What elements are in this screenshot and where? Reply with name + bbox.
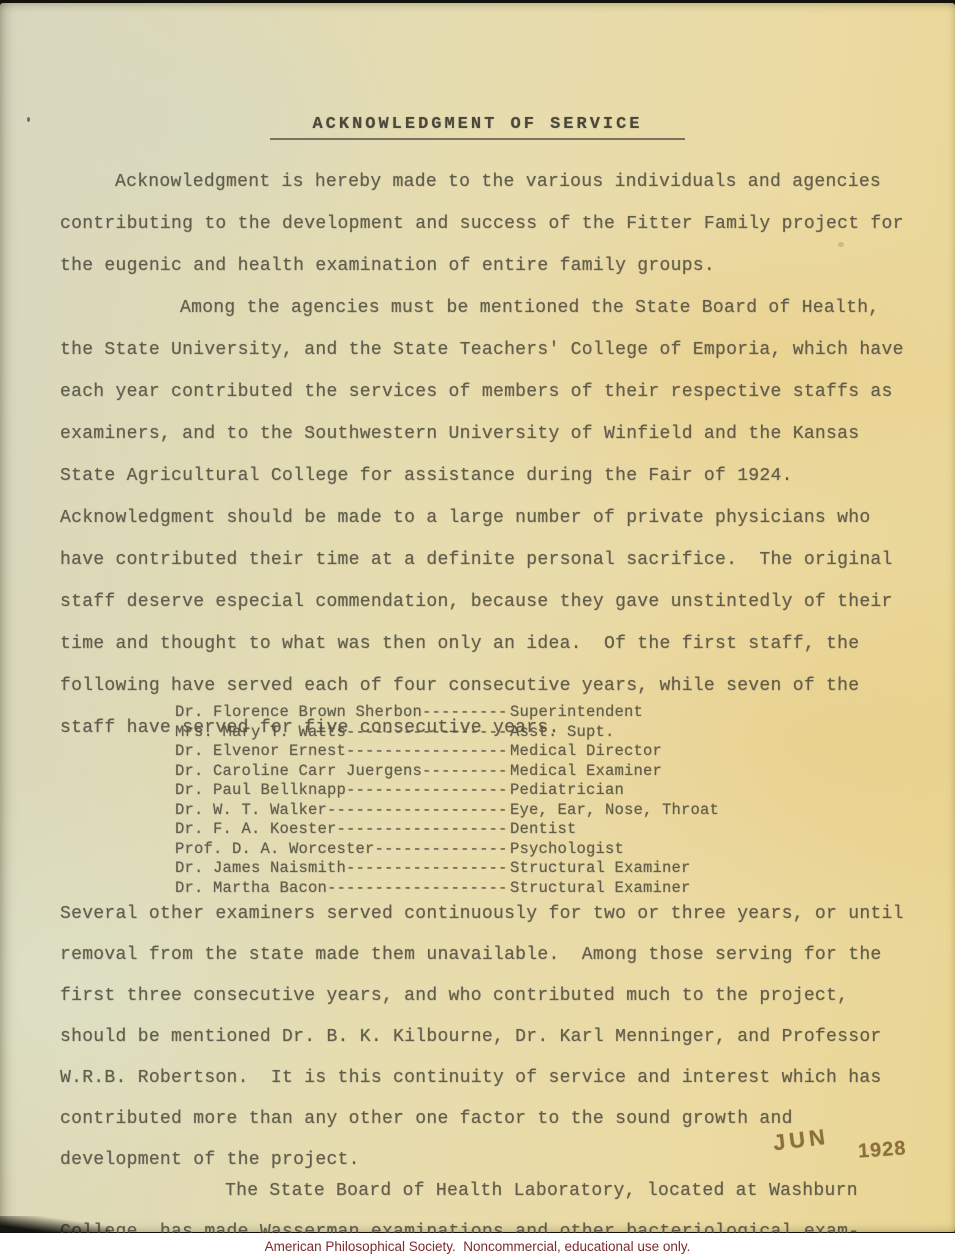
staff-name-leader: Dr. F. A. Koester-----------------------… [175, 820, 510, 840]
staff-name: Dr. Elvenor Ernest [175, 742, 346, 762]
staff-name-leader: Mrs. Mary T. Watts----------------------… [175, 723, 510, 743]
title-row: ACKNOWLEDGMENT OF SERVICE [0, 115, 955, 140]
dash-leader: ----------------------------------------… [327, 801, 510, 821]
staff-row: Dr. Paul Bellknapp----------------------… [175, 781, 895, 801]
staff-name-leader: Prof. D. A. Worcester-------------------… [175, 840, 510, 860]
date-stamp: JUN 1928 [765, 1121, 935, 1171]
dash-leader: ----------------------------------------… [337, 820, 510, 840]
dash-leader: ----------------------------------------… [346, 781, 510, 801]
staff-role: Pediatrician [510, 781, 624, 801]
scanned-document-page: ACKNOWLEDGMENT OF SERVICE Acknowledgment… [0, 3, 955, 1232]
staff-role: Psychologist [510, 840, 624, 860]
dash-leader: ----------------------------------------… [346, 859, 510, 879]
archive-attribution-bar: American Philosophical Society. Noncomme… [0, 1233, 955, 1259]
staff-row: Mrs. Mary T. Watts----------------------… [175, 723, 895, 743]
dash-leader: ----------------------------------------… [346, 723, 510, 743]
paragraph-agencies: Among the agencies must be mentioned the… [60, 287, 922, 749]
staff-list: Dr. Florence Brown Sherbon--------------… [175, 703, 895, 898]
staff-role: Dentist [510, 820, 577, 840]
staff-row: Dr. F. A. Koester-----------------------… [175, 820, 895, 840]
staff-name-leader: Dr. Florence Brown Sherbon--------------… [175, 703, 510, 723]
staff-name: Dr. Florence Brown Sherbon [175, 703, 422, 723]
staff-name-leader: Dr. Caroline Carr Juergens--------------… [175, 762, 510, 782]
dash-leader: ----------------------------------------… [375, 840, 510, 860]
stamp-year: 1928 [857, 1137, 907, 1163]
staff-name: Prof. D. A. Worcester [175, 840, 375, 860]
staff-name-leader: Dr. W. T. Walker------------------------… [175, 801, 510, 821]
dash-leader: ----------------------------------------… [422, 703, 510, 723]
staff-role: Structural Examiner [510, 859, 691, 879]
staff-name-leader: Dr. James Naismith----------------------… [175, 859, 510, 879]
staff-row: Dr. W. T. Walker------------------------… [175, 801, 895, 821]
staff-row: Dr. Elvenor Ernest----------------------… [175, 742, 895, 762]
document-title: ACKNOWLEDGMENT OF SERVICE [270, 115, 684, 140]
stamp-month: JUN [772, 1124, 831, 1157]
staff-role: Asst. Supt. [510, 723, 615, 743]
staff-role: Eye, Ear, Nose, Throat [510, 801, 719, 821]
staff-name: Mrs. Mary T. Watts [175, 723, 346, 743]
staff-row: Dr. Caroline Carr Juergens--------------… [175, 762, 895, 782]
staff-name: Dr. F. A. Koester [175, 820, 337, 840]
staff-row: Prof. D. A. Worcester-------------------… [175, 840, 895, 860]
staff-role: Medical Examiner [510, 762, 662, 782]
dash-leader: ----------------------------------------… [422, 762, 510, 782]
staff-name: Dr. Caroline Carr Juergens [175, 762, 422, 782]
staff-row: Dr. James Naismith----------------------… [175, 859, 895, 879]
staff-name: Dr. W. T. Walker [175, 801, 327, 821]
paragraph-acknowledgment-intro: Acknowledgment is hereby made to the var… [60, 161, 922, 287]
staff-row: Dr. Florence Brown Sherbon--------------… [175, 703, 895, 723]
staff-role: Medical Director [510, 742, 662, 762]
dash-leader: ----------------------------------------… [346, 742, 510, 762]
staff-name-leader: Dr. Paul Bellknapp----------------------… [175, 781, 510, 801]
staff-name: Dr. James Naismith [175, 859, 346, 879]
staff-role: Superintendent [510, 703, 643, 723]
staff-name: Dr. Paul Bellknapp [175, 781, 346, 801]
staff-name-leader: Dr. Elvenor Ernest----------------------… [175, 742, 510, 762]
